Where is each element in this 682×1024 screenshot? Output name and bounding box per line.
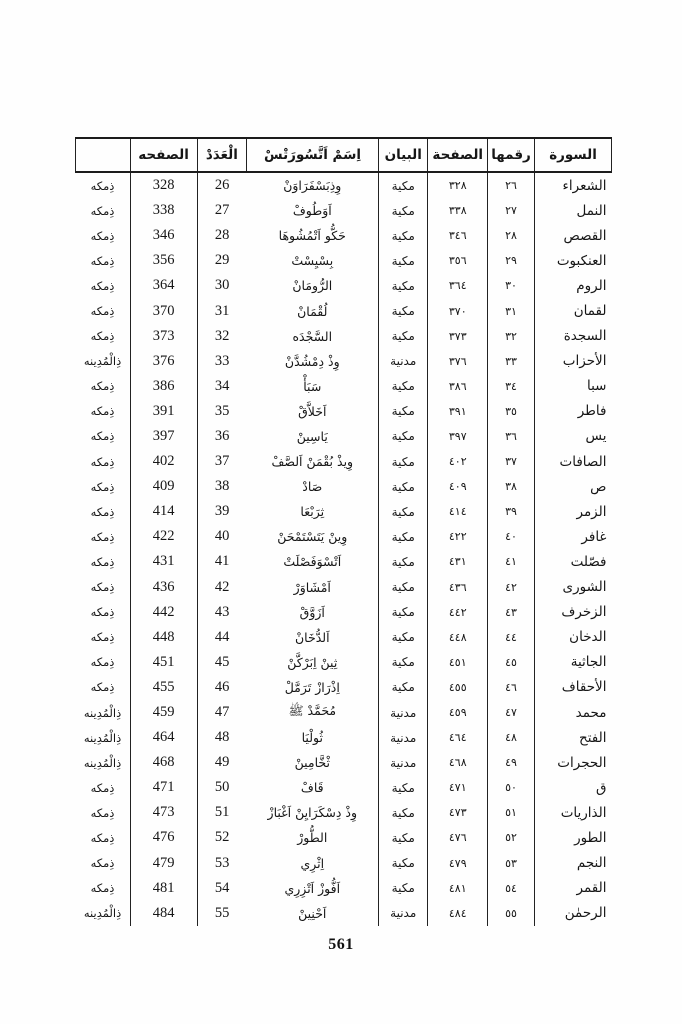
page-west-cell: 370	[130, 298, 197, 323]
surah-number-west-cell: 49	[197, 750, 247, 775]
surah-number-ar-cell: ٢٧	[488, 198, 535, 223]
header-surah-number-west: الْعَدَدْ	[197, 138, 247, 172]
translit-name-cell: لُقْمَانْ	[247, 298, 379, 323]
surah-number-west-cell: 39	[197, 499, 247, 524]
surah-number-ar-cell: ٤٨	[488, 725, 535, 750]
page-number: 561	[0, 936, 682, 954]
table-row: سبا ٣٤ ٣٨٦ مكية سَبَأْ 34 386 ذِمكه	[76, 374, 612, 399]
table-row: الزخرف ٤٣ ٤٤٢ مكية اَزَوَّقْ 43 442 ذِمك…	[76, 600, 612, 625]
translit-name-cell: وِذْ دِمْشُدَّنْ	[247, 349, 379, 374]
page-ar-cell: ٤٨١	[428, 876, 488, 901]
translit-name-cell: قَافْ	[247, 775, 379, 800]
origin-label-cell: ذِمكه	[76, 549, 131, 574]
surah-number-ar-cell: ٥٣	[488, 851, 535, 876]
table-row: الفتح ٤٨ ٤٦٤ مدنية ثُولْيَا 48 464 ذِالْ…	[76, 725, 612, 750]
surah-name-cell: يس	[535, 424, 612, 449]
revelation-type-cell: مكية	[378, 298, 428, 323]
translit-name-cell: ثِرَبْعَا	[247, 499, 379, 524]
table-row: الدخان ٤٤ ٤٤٨ مكية اَلدُّخَانْ 44 448 ذِ…	[76, 625, 612, 650]
surah-number-west-cell: 27	[197, 198, 247, 223]
page-ar-cell: ٤٣٦	[428, 575, 488, 600]
page-west-cell: 473	[130, 800, 197, 825]
header-surah-name: السورة	[535, 138, 612, 172]
translit-name-cell: الرُّومَانْ	[247, 273, 379, 298]
surah-number-west-cell: 42	[197, 575, 247, 600]
translit-name-cell: وِيذْ بُقْمَنْ اَلصَّفْ	[247, 449, 379, 474]
surah-name-cell: فصّلت	[535, 549, 612, 574]
origin-label-cell: ذِمكه	[76, 800, 131, 825]
page-west-cell: 464	[130, 725, 197, 750]
surah-number-west-cell: 32	[197, 324, 247, 349]
table-row: الجاثية ٤٥ ٤٥١ مكية ثِينْ اِبَرْكَّنْ 45…	[76, 650, 612, 675]
origin-label-cell: ذِمكه	[76, 650, 131, 675]
surah-number-ar-cell: ٢٨	[488, 223, 535, 248]
page-west-cell: 484	[130, 901, 197, 926]
origin-label-cell: ذِمكه	[76, 223, 131, 248]
table-row: العنكبوت ٢٩ ٣٥٦ مكية بِسْيِسْتْ 29 356 ذ…	[76, 248, 612, 273]
table-row: الشعراء ٢٦ ٣٢٨ مكية وِذِبَسْفَرَاوَنْ 26…	[76, 172, 612, 198]
page-ar-cell: ٣٣٨	[428, 198, 488, 223]
translit-name-cell: اَحْنِينْ	[247, 901, 379, 926]
surah-number-west-cell: 48	[197, 725, 247, 750]
surah-name-cell: العنكبوت	[535, 248, 612, 273]
revelation-type-cell: مكية	[378, 172, 428, 198]
page-west-cell: 468	[130, 750, 197, 775]
surah-name-cell: محمد	[535, 700, 612, 725]
page-ar-cell: ٣٧٣	[428, 324, 488, 349]
revelation-type-cell: مكية	[378, 474, 428, 499]
surah-number-ar-cell: ٣٧	[488, 449, 535, 474]
page-ar-cell: ٤٧٦	[428, 825, 488, 850]
origin-label-cell: ذِمكه	[76, 876, 131, 901]
page-west-cell: 459	[130, 700, 197, 725]
table-row: الشورى ٤٢ ٤٣٦ مكية اَمْشَاوَرْ 42 436 ذِ…	[76, 575, 612, 600]
revelation-type-cell: مكية	[378, 851, 428, 876]
page-west-cell: 431	[130, 549, 197, 574]
surah-name-cell: ص	[535, 474, 612, 499]
surah-number-west-cell: 37	[197, 449, 247, 474]
surah-number-ar-cell: ٣٦	[488, 424, 535, 449]
revelation-type-cell: مكية	[378, 775, 428, 800]
surah-number-ar-cell: ٤٩	[488, 750, 535, 775]
revelation-type-cell: مكية	[378, 223, 428, 248]
page-west-cell: 338	[130, 198, 197, 223]
table-row: الأحقاف ٤٦ ٤٥٥ مكية اِذْرَازْ تَرَمَّلْ …	[76, 675, 612, 700]
page-west-cell: 364	[130, 273, 197, 298]
origin-label-cell: ذِمكه	[76, 499, 131, 524]
surah-number-west-cell: 44	[197, 625, 247, 650]
page-ar-cell: ٣٧٦	[428, 349, 488, 374]
table-row: ق ٥٠ ٤٧١ مكية قَافْ 50 471 ذِمكه	[76, 775, 612, 800]
page-west-cell: 451	[130, 650, 197, 675]
surah-number-ar-cell: ٤٢	[488, 575, 535, 600]
page-west-cell: 328	[130, 172, 197, 198]
surah-name-cell: الزمر	[535, 499, 612, 524]
translit-name-cell: اَوَطُوفْ	[247, 198, 379, 223]
surah-number-west-cell: 53	[197, 851, 247, 876]
surah-number-west-cell: 43	[197, 600, 247, 625]
surah-number-ar-cell: ٣٤	[488, 374, 535, 399]
origin-label-cell: ذِالْمُدِينه	[76, 700, 131, 725]
origin-label-cell: ذِمكه	[76, 324, 131, 349]
table-row: الحجرات ٤٩ ٤٦٨ مدنية ثْخَّامِينْ 49 468 …	[76, 750, 612, 775]
surah-name-cell: الذاريات	[535, 800, 612, 825]
table-row: الرحمٰن ٥٥ ٤٨٤ مدنية اَحْنِينْ 55 484 ذِ…	[76, 901, 612, 926]
page-west-cell: 376	[130, 349, 197, 374]
revelation-type-cell: مكية	[378, 273, 428, 298]
page-ar-cell: ٣٥٦	[428, 248, 488, 273]
surah-name-cell: الأحزاب	[535, 349, 612, 374]
revelation-type-cell: مدنية	[378, 750, 428, 775]
origin-label-cell: ذِمكه	[76, 524, 131, 549]
surah-number-west-cell: 47	[197, 700, 247, 725]
origin-label-cell: ذِمكه	[76, 625, 131, 650]
surah-number-west-cell: 46	[197, 675, 247, 700]
surah-name-cell: فاطر	[535, 399, 612, 424]
page-ar-cell: ٣٩٧	[428, 424, 488, 449]
table-header: السورة رقمها الصفحة البيان اِسَمْ اَتَّس…	[76, 138, 612, 172]
translit-name-cell: اَمْشَاوَرْ	[247, 575, 379, 600]
page-ar-cell: ٣٦٤	[428, 273, 488, 298]
revelation-type-cell: مكية	[378, 575, 428, 600]
page-ar-cell: ٤٣١	[428, 549, 488, 574]
revelation-type-cell: مكية	[378, 876, 428, 901]
translit-name-cell: السَّجْدَه	[247, 324, 379, 349]
translit-name-cell: يَاسِينْ	[247, 424, 379, 449]
translit-name-cell: بِسْيِسْتْ	[247, 248, 379, 273]
origin-label-cell: ذِمكه	[76, 775, 131, 800]
surah-name-cell: غافر	[535, 524, 612, 549]
revelation-type-cell: مكية	[378, 499, 428, 524]
surah-number-west-cell: 55	[197, 901, 247, 926]
surah-name-cell: النمل	[535, 198, 612, 223]
table-row: محمد ٤٧ ٤٥٩ مدنية مُحَمَّدْ ﷺ 47 459 ذِا…	[76, 700, 612, 725]
table-row: الأحزاب ٣٣ ٣٧٦ مدنية وِذْ دِمْشُدَّنْ 33…	[76, 349, 612, 374]
translit-name-cell: وِذْ دِسْكَرَايِنْ اَغْبَازْ	[247, 800, 379, 825]
table-row: لقمان ٣١ ٣٧٠ مكية لُقْمَانْ 31 370 ذِمكه	[76, 298, 612, 323]
table-row: الزمر ٣٩ ٤١٤ مكية ثِرَبْعَا 39 414 ذِمكه	[76, 499, 612, 524]
page-west-cell: 479	[130, 851, 197, 876]
page-west-cell: 455	[130, 675, 197, 700]
surah-number-west-cell: 31	[197, 298, 247, 323]
table-row: فاطر ٣٥ ٣٩١ مكية اَخَلاَّقْ 35 391 ذِمكه	[76, 399, 612, 424]
surah-name-cell: لقمان	[535, 298, 612, 323]
surah-name-cell: الفتح	[535, 725, 612, 750]
header-origin-blank	[76, 138, 131, 172]
translit-name-cell: حَكُّو اَتْمُشُوهَا	[247, 223, 379, 248]
surah-name-cell: السجدة	[535, 324, 612, 349]
page-west-cell: 346	[130, 223, 197, 248]
origin-label-cell: ذِمكه	[76, 424, 131, 449]
surah-number-west-cell: 41	[197, 549, 247, 574]
translit-name-cell: اَتْسْوَفَصْلَتْ	[247, 549, 379, 574]
translit-name-cell: ثْخَّامِينْ	[247, 750, 379, 775]
surah-number-west-cell: 30	[197, 273, 247, 298]
origin-label-cell: ذِمكه	[76, 675, 131, 700]
surah-number-ar-cell: ٥١	[488, 800, 535, 825]
surah-number-ar-cell: ٣٩	[488, 499, 535, 524]
header-page-ar: الصفحة	[428, 138, 488, 172]
page-ar-cell: ٣٢٨	[428, 172, 488, 198]
page-west-cell: 391	[130, 399, 197, 424]
surah-number-ar-cell: ٤١	[488, 549, 535, 574]
page-west-cell: 448	[130, 625, 197, 650]
translit-name-cell: اَلدُّخَانْ	[247, 625, 379, 650]
revelation-type-cell: مدنية	[378, 901, 428, 926]
origin-label-cell: ذِمكه	[76, 474, 131, 499]
translit-name-cell: مُحَمَّدْ ﷺ	[247, 700, 379, 725]
surah-number-ar-cell: ٥٥	[488, 901, 535, 926]
surah-name-cell: النجم	[535, 851, 612, 876]
surah-number-west-cell: 35	[197, 399, 247, 424]
revelation-type-cell: مكية	[378, 449, 428, 474]
revelation-type-cell: مكية	[378, 600, 428, 625]
surah-number-ar-cell: ٤٣	[488, 600, 535, 625]
surah-number-ar-cell: ٥٤	[488, 876, 535, 901]
page-ar-cell: ٣٤٦	[428, 223, 488, 248]
surah-number-ar-cell: ٣٣	[488, 349, 535, 374]
revelation-type-cell: مدنية	[378, 725, 428, 750]
table-body: الشعراء ٢٦ ٣٢٨ مكية وِذِبَسْفَرَاوَنْ 26…	[76, 172, 612, 926]
page-ar-cell: ٤٧٣	[428, 800, 488, 825]
origin-label-cell: ذِالْمُدِينه	[76, 725, 131, 750]
surah-name-cell: الصافات	[535, 449, 612, 474]
page-ar-cell: ٤٤٨	[428, 625, 488, 650]
header-page-west: الصفحه	[130, 138, 197, 172]
surah-number-ar-cell: ٤٥	[488, 650, 535, 675]
page-west-cell: 397	[130, 424, 197, 449]
surah-number-west-cell: 45	[197, 650, 247, 675]
surah-number-west-cell: 29	[197, 248, 247, 273]
origin-label-cell: ذِمكه	[76, 449, 131, 474]
page-ar-cell: ٤٦٨	[428, 750, 488, 775]
surah-number-ar-cell: ٤٤	[488, 625, 535, 650]
table-row: غافر ٤٠ ٤٢٢ مكية وِينْ يَتَسْتَمْحَنْ 40…	[76, 524, 612, 549]
surah-number-ar-cell: ٥٠	[488, 775, 535, 800]
surah-number-west-cell: 28	[197, 223, 247, 248]
page-west-cell: 373	[130, 324, 197, 349]
table-row: القصص ٢٨ ٣٤٦ مكية حَكُّو اَتْمُشُوهَا 28…	[76, 223, 612, 248]
origin-label-cell: ذِمكه	[76, 248, 131, 273]
surah-number-ar-cell: ٤٧	[488, 700, 535, 725]
book-page: السورة رقمها الصفحة البيان اِسَمْ اَتَّس…	[0, 0, 682, 1024]
table-row: الروم ٣٠ ٣٦٤ مكية الرُّومَانْ 30 364 ذِم…	[76, 273, 612, 298]
surah-number-west-cell: 33	[197, 349, 247, 374]
page-ar-cell: ٤١٤	[428, 499, 488, 524]
page-ar-cell: ٤٥١	[428, 650, 488, 675]
surah-number-west-cell: 36	[197, 424, 247, 449]
page-west-cell: 436	[130, 575, 197, 600]
page-west-cell: 471	[130, 775, 197, 800]
revelation-type-cell: مكية	[378, 524, 428, 549]
translit-name-cell: اَفُّوزْ اَتْزِرِي	[247, 876, 379, 901]
surah-name-cell: سبا	[535, 374, 612, 399]
origin-label-cell: ذِمكه	[76, 172, 131, 198]
table-row: الصافات ٣٧ ٤٠٢ مكية وِيذْ بُقْمَنْ اَلصَ…	[76, 449, 612, 474]
page-ar-cell: ٤٠٩	[428, 474, 488, 499]
translit-name-cell: وِينْ يَتَسْتَمْحَنْ	[247, 524, 379, 549]
origin-label-cell: ذِمكه	[76, 198, 131, 223]
page-ar-cell: ٤٥٩	[428, 700, 488, 725]
revelation-type-cell: مكية	[378, 399, 428, 424]
surah-number-ar-cell: ٣٢	[488, 324, 535, 349]
surah-number-ar-cell: ٣٨	[488, 474, 535, 499]
page-west-cell: 422	[130, 524, 197, 549]
origin-label-cell: ذِمكه	[76, 575, 131, 600]
surah-name-cell: القمر	[535, 876, 612, 901]
header-translit-name: اِسَمْ اَتَّسُورَتْسْ	[247, 138, 379, 172]
page-ar-cell: ٣٧٠	[428, 298, 488, 323]
page-ar-cell: ٤٢٢	[428, 524, 488, 549]
page-west-cell: 356	[130, 248, 197, 273]
page-ar-cell: ٤٤٢	[428, 600, 488, 625]
revelation-type-cell: مكية	[378, 248, 428, 273]
surah-number-ar-cell: ٤٠	[488, 524, 535, 549]
surah-name-cell: الرحمٰن	[535, 901, 612, 926]
origin-label-cell: ذِالْمُدِينه	[76, 750, 131, 775]
translit-name-cell: اَزَوَّقْ	[247, 600, 379, 625]
revelation-type-cell: مكية	[378, 424, 428, 449]
page-west-cell: 442	[130, 600, 197, 625]
revelation-type-cell: مكية	[378, 324, 428, 349]
revelation-type-cell: مكية	[378, 625, 428, 650]
origin-label-cell: ذِمكه	[76, 825, 131, 850]
header-row: السورة رقمها الصفحة البيان اِسَمْ اَتَّس…	[76, 138, 612, 172]
origin-label-cell: ذِمكه	[76, 298, 131, 323]
page-ar-cell: ٤٥٥	[428, 675, 488, 700]
surah-number-ar-cell: ٣٥	[488, 399, 535, 424]
translit-name-cell: ثُولْيَا	[247, 725, 379, 750]
translit-name-cell: ثِينْ اِبَرْكَّنْ	[247, 650, 379, 675]
page-west-cell: 386	[130, 374, 197, 399]
surah-number-west-cell: 26	[197, 172, 247, 198]
page-ar-cell: ٤٧١	[428, 775, 488, 800]
page-ar-cell: ٤٧٩	[428, 851, 488, 876]
table-row: الذاريات ٥١ ٤٧٣ مكية وِذْ دِسْكَرَايِنْ …	[76, 800, 612, 825]
revelation-type-cell: مدنية	[378, 700, 428, 725]
page-ar-cell: ٣٨٦	[428, 374, 488, 399]
surah-name-cell: الجاثية	[535, 650, 612, 675]
page-west-cell: 402	[130, 449, 197, 474]
surah-number-west-cell: 34	[197, 374, 247, 399]
surah-number-west-cell: 52	[197, 825, 247, 850]
revelation-type-cell: مكية	[378, 800, 428, 825]
origin-label-cell: ذِمكه	[76, 273, 131, 298]
surah-number-ar-cell: ٢٩	[488, 248, 535, 273]
origin-label-cell: ذِمكه	[76, 851, 131, 876]
translit-name-cell: وِذِبَسْفَرَاوَنْ	[247, 172, 379, 198]
table-row: فصّلت ٤١ ٤٣١ مكية اَتْسْوَفَصْلَتْ 41 43…	[76, 549, 612, 574]
translit-name-cell: اِذْرَازْ تَرَمَّلْ	[247, 675, 379, 700]
revelation-type-cell: مكية	[378, 198, 428, 223]
surah-name-cell: ق	[535, 775, 612, 800]
translit-name-cell: الطُّورْ	[247, 825, 379, 850]
table-row: يس ٣٦ ٣٩٧ مكية يَاسِينْ 36 397 ذِمكه	[76, 424, 612, 449]
translit-name-cell: اَخَلاَّقْ	[247, 399, 379, 424]
translit-name-cell: اِثْرِي	[247, 851, 379, 876]
surah-number-ar-cell: ٣١	[488, 298, 535, 323]
page-ar-cell: ٤٦٤	[428, 725, 488, 750]
surah-name-cell: الطور	[535, 825, 612, 850]
table-row: القمر ٥٤ ٤٨١ مكية اَفُّوزْ اَتْزِرِي 54 …	[76, 876, 612, 901]
surah-number-ar-cell: ٥٢	[488, 825, 535, 850]
table-row: النجم ٥٣ ٤٧٩ مكية اِثْرِي 53 479 ذِمكه	[76, 851, 612, 876]
surah-name-cell: الشعراء	[535, 172, 612, 198]
table-row: السجدة ٣٢ ٣٧٣ مكية السَّجْدَه 32 373 ذِم…	[76, 324, 612, 349]
revelation-type-cell: مكية	[378, 549, 428, 574]
surah-number-west-cell: 50	[197, 775, 247, 800]
revelation-type-cell: مكية	[378, 650, 428, 675]
header-revelation-type: البيان	[378, 138, 428, 172]
origin-label-cell: ذِمكه	[76, 399, 131, 424]
surah-name-cell: الأحقاف	[535, 675, 612, 700]
revelation-type-cell: مكية	[378, 374, 428, 399]
revelation-type-cell: مدنية	[378, 349, 428, 374]
revelation-type-cell: مكية	[378, 675, 428, 700]
page-west-cell: 481	[130, 876, 197, 901]
surah-name-cell: الحجرات	[535, 750, 612, 775]
translit-name-cell: سَبَأْ	[247, 374, 379, 399]
surah-number-west-cell: 51	[197, 800, 247, 825]
origin-label-cell: ذِالْمُدِينه	[76, 901, 131, 926]
surah-name-cell: القصص	[535, 223, 612, 248]
origin-label-cell: ذِالْمُدِينه	[76, 349, 131, 374]
table-row: الطور ٥٢ ٤٧٦ مكية الطُّورْ 52 476 ذِمكه	[76, 825, 612, 850]
surah-number-west-cell: 54	[197, 876, 247, 901]
origin-label-cell: ذِمكه	[76, 374, 131, 399]
surah-name-cell: الروم	[535, 273, 612, 298]
page-ar-cell: ٤٠٢	[428, 449, 488, 474]
surah-number-west-cell: 38	[197, 474, 247, 499]
table-row: النمل ٢٧ ٣٣٨ مكية اَوَطُوفْ 27 338 ذِمكه	[76, 198, 612, 223]
revelation-type-cell: مكية	[378, 825, 428, 850]
page-west-cell: 409	[130, 474, 197, 499]
origin-label-cell: ذِمكه	[76, 600, 131, 625]
page-ar-cell: ٤٨٤	[428, 901, 488, 926]
page-west-cell: 476	[130, 825, 197, 850]
surah-name-cell: الدخان	[535, 625, 612, 650]
surah-name-cell: الشورى	[535, 575, 612, 600]
surah-number-west-cell: 40	[197, 524, 247, 549]
surah-number-ar-cell: ٢٦	[488, 172, 535, 198]
page-ar-cell: ٣٩١	[428, 399, 488, 424]
translit-name-cell: صَادْ	[247, 474, 379, 499]
header-surah-number-ar: رقمها	[488, 138, 535, 172]
surah-name-cell: الزخرف	[535, 600, 612, 625]
page-west-cell: 414	[130, 499, 197, 524]
surah-number-ar-cell: ٤٦	[488, 675, 535, 700]
surah-index-table: السورة رقمها الصفحة البيان اِسَمْ اَتَّس…	[75, 137, 612, 926]
table-row: ص ٣٨ ٤٠٩ مكية صَادْ 38 409 ذِمكه	[76, 474, 612, 499]
surah-number-ar-cell: ٣٠	[488, 273, 535, 298]
